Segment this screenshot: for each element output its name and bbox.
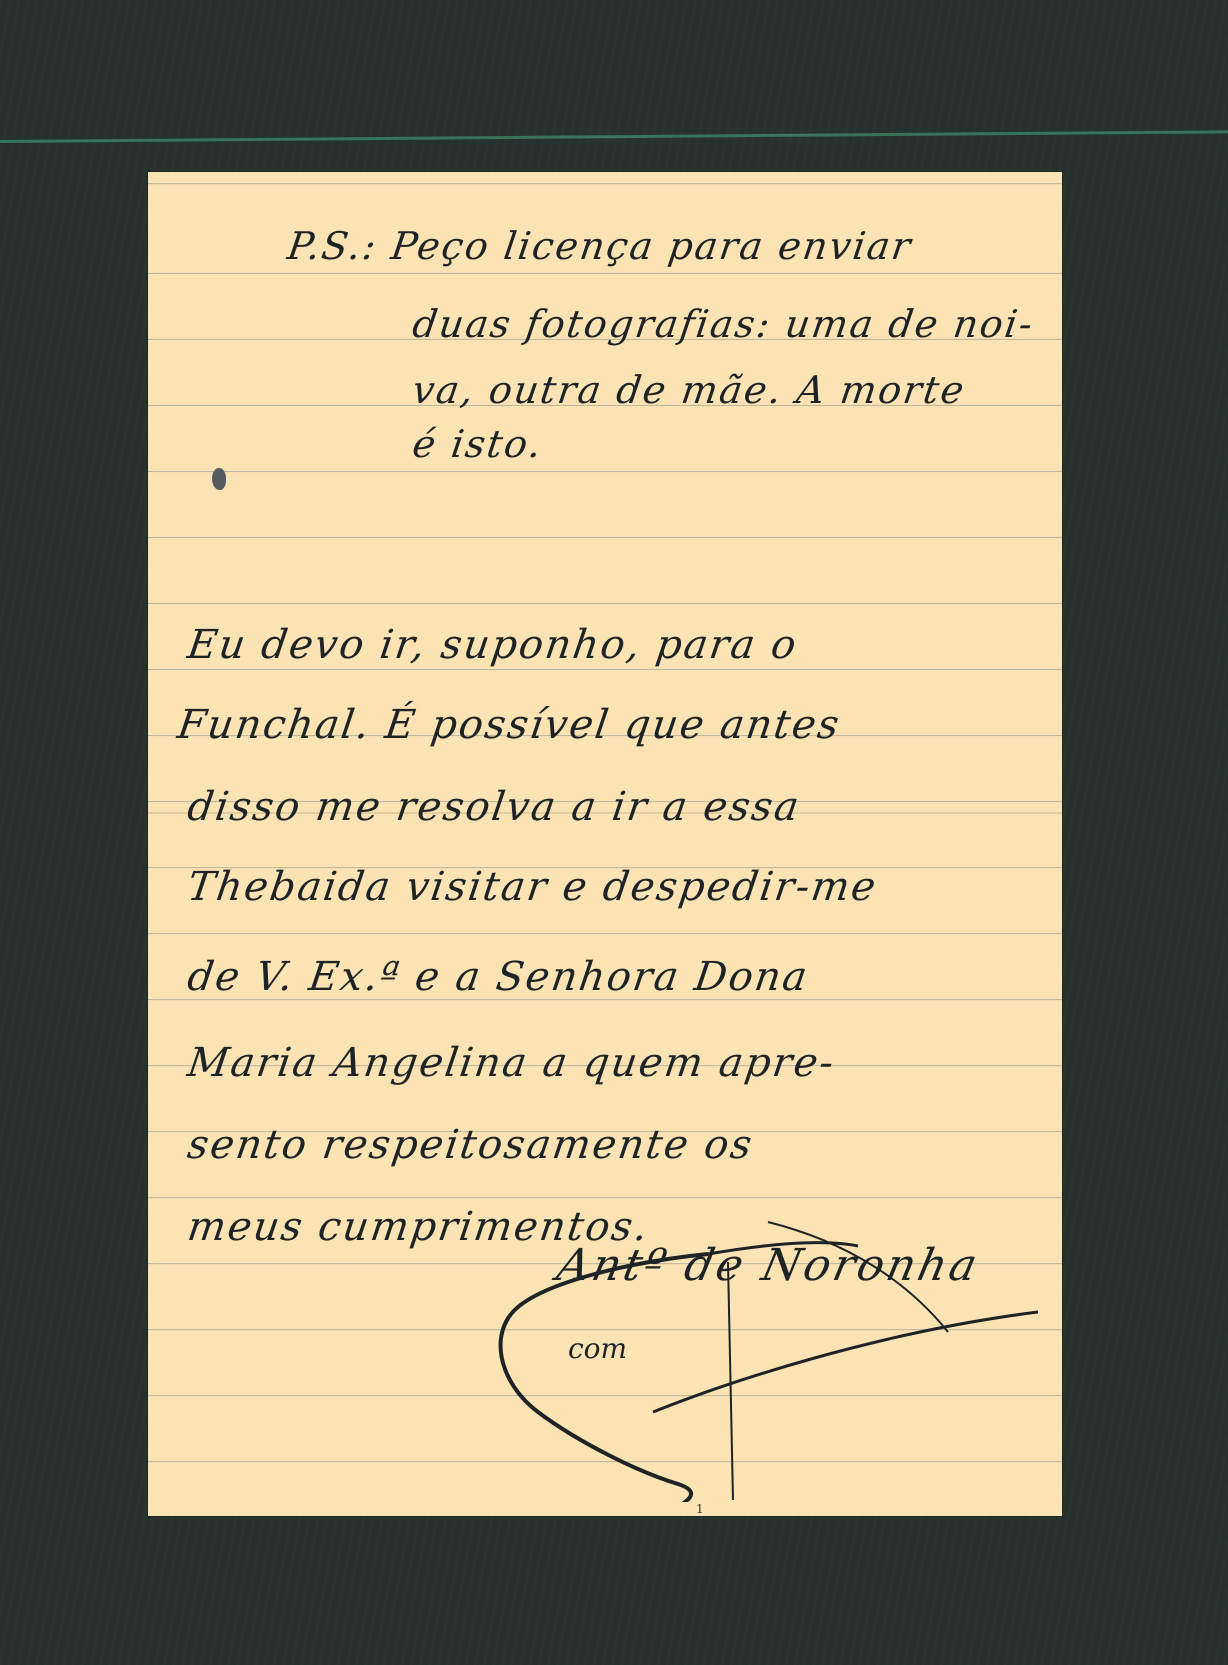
body-line-2: Funchal. É possível que antes <box>175 702 844 748</box>
body-line-3: disso me resolva a ir a essa <box>185 784 804 830</box>
ps-line-1: P.S.: Peço licença para enviar <box>285 224 915 268</box>
body-line-4: Thebaida visitar e despedir-me <box>185 864 881 910</box>
signature: Antº de Noronha com <box>478 1182 1038 1502</box>
body-line-6: Maria Angelina a quem apre- <box>185 1040 839 1086</box>
signature-prefix: com <box>568 1332 627 1365</box>
letter-paper: P.S.: Peço licença para enviar duas foto… <box>148 172 1062 1516</box>
body-line-5: de V. Ex.ª e a Senhora Dona <box>185 954 812 1000</box>
page-number: 1 <box>696 1502 704 1516</box>
body-line-1: Eu devo ir, suponho, para o <box>185 622 801 668</box>
body-line-7: sento respeitosamente os <box>185 1122 757 1168</box>
ink-blot <box>212 468 226 490</box>
signature-name: Antº de Noronha <box>553 1240 985 1291</box>
ps-line-2: duas fotografias: uma de noi- <box>410 302 1037 346</box>
ps-line-3: va, outra de mãe. A morte <box>410 368 969 412</box>
signature-flourish-icon <box>478 1182 1038 1502</box>
ps-line-4: é isto. <box>410 422 546 466</box>
